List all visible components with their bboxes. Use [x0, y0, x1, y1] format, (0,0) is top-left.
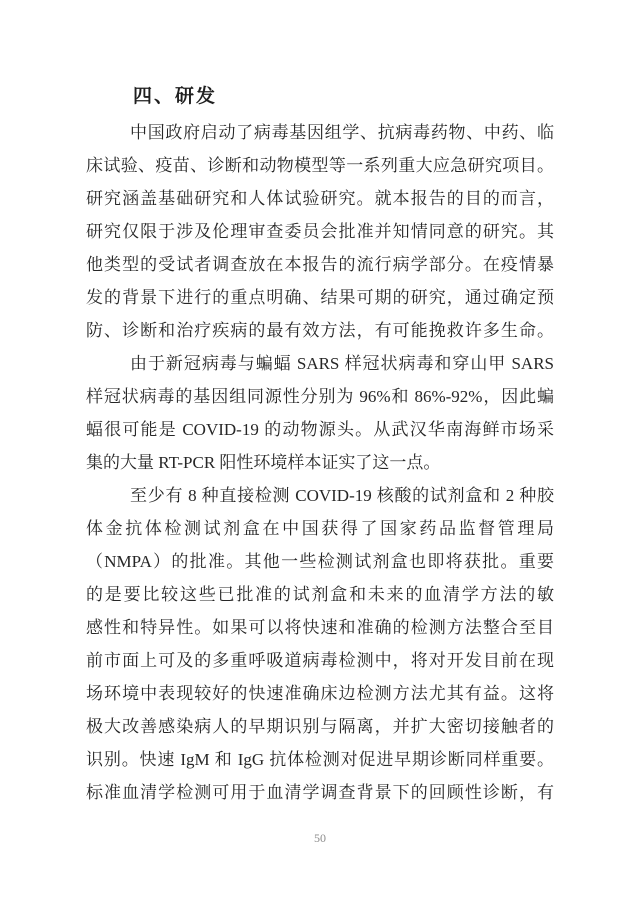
document-page: 四、研发 中国政府启动了病毒基因组学、抗病毒药物、中药、临床试验、疫苗、诊断和动… — [0, 0, 640, 905]
text-line: 识别。快速 IgM 和 IgG 抗体检测对促进早期诊断同样重要。 — [86, 743, 554, 776]
text-line: 发的背景下进行的重点明确、结果可期的研究，通过确定预 — [86, 281, 554, 314]
text-line: 集的大量 RT-PCR 阳性环境样本证实了这一点。 — [86, 446, 554, 479]
text-line: 的是要比较这些已批准的试剂盒和未来的血清学方法的敏 — [86, 578, 554, 611]
section-heading: 四、研发 — [133, 85, 554, 109]
text-line: （NMPA）的批准。其他一些检测试剂盒也即将获批。重要 — [86, 545, 554, 578]
text-line: 研究涵盖基础研究和人体试验研究。就本报告的目的而言， — [86, 182, 554, 215]
text-line: 防、诊断和治疗疾病的最有效方法，有可能挽救许多生命。 — [86, 314, 554, 347]
text-line: 前市面上可及的多重呼吸道病毒检测中，将对开发目前在现 — [86, 644, 554, 677]
body-text-block: 中国政府启动了病毒基因组学、抗病毒药物、中药、临床试验、疫苗、诊断和动物模型等一… — [86, 116, 554, 809]
page-number: 50 — [86, 831, 554, 845]
text-line: 由于新冠病毒与蝙蝠 SARS 样冠状病毒和穿山甲 SARS — [86, 347, 554, 380]
text-line: 床试验、疫苗、诊断和动物模型等一系列重大应急研究项目。 — [86, 149, 554, 182]
text-line: 中国政府启动了病毒基因组学、抗病毒药物、中药、临 — [86, 116, 554, 149]
text-line: 标准血清学检测可用于血清学调查背景下的回顾性诊断，有 — [86, 776, 554, 809]
text-line: 他类型的受试者调查放在本报告的流行病学部分。在疫情暴 — [86, 248, 554, 281]
text-line: 极大改善感染病人的早期识别与隔离，并扩大密切接触者的 — [86, 710, 554, 743]
text-line: 至少有 8 种直接检测 COVID-19 核酸的试剂盒和 2 种胶 — [86, 479, 554, 512]
text-line: 感性和特异性。如果可以将快速和准确的检测方法整合至目 — [86, 611, 554, 644]
text-line: 体金抗体检测试剂盒在中国获得了国家药品监督管理局 — [86, 512, 554, 545]
text-line: 样冠状病毒的基因组同源性分别为 96%和 86%-92%，因此蝙 — [86, 380, 554, 413]
text-line: 场环境中表现较好的快速准确床边检测方法尤其有益。这将 — [86, 677, 554, 710]
text-line: 蝠很可能是 COVID-19 的动物源头。从武汉华南海鲜市场采 — [86, 413, 554, 446]
text-line: 研究仅限于涉及伦理审查委员会批准并知情同意的研究。其 — [86, 215, 554, 248]
